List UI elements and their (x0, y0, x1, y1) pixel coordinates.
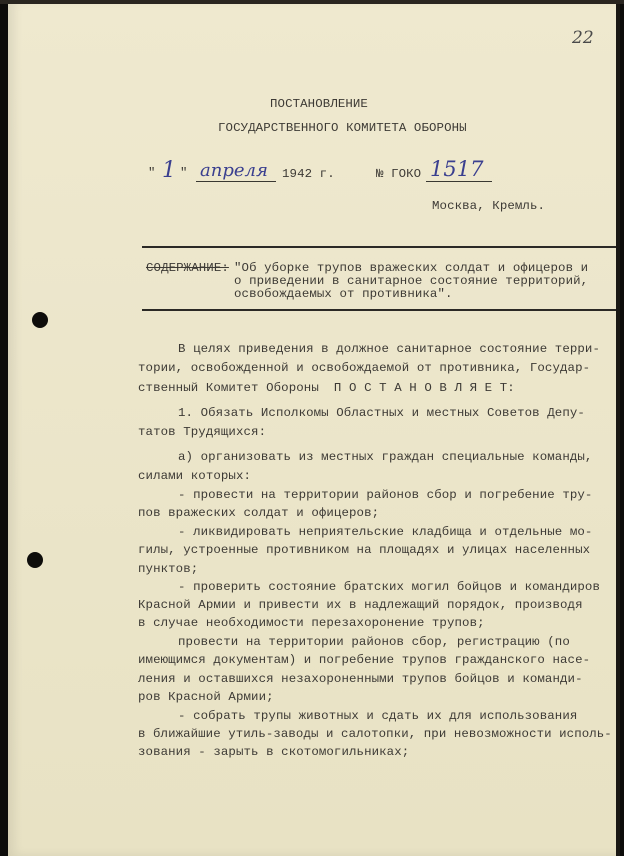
body-line: гилы, устроенные противником на площадях… (138, 543, 590, 557)
body-line: силами которых: (138, 469, 251, 483)
date-day: 1 (162, 158, 176, 183)
summary-top-rule (142, 246, 620, 248)
body-line: в случае необходимости перезахоронение т… (138, 616, 485, 630)
body-line: имеющимся документам) и погребение трупо… (138, 653, 590, 667)
body-line: татов Трудящихся: (138, 425, 266, 439)
date-year: 1942 г. (282, 167, 335, 181)
punch-hole (32, 312, 48, 328)
body-line: зования - зарыть в скотомогильниках; (138, 745, 409, 759)
summary-label: СОДЕРЖАНИЕ: (146, 261, 229, 275)
document-page: 22 ПОСТАНОВЛЕНИЕ ГОСУДАРСТВЕННОГО КОМИТЕ… (8, 0, 620, 856)
place-of-issue: Москва, Кремль. (432, 199, 545, 213)
body-line: - собрать трупы животных и сдать их для … (178, 709, 577, 723)
body-line: в ближайшие утиль-заводы и салотопки, пр… (138, 727, 612, 741)
body-line: ственный Комитет Обороны П О С Т А Н О В… (138, 381, 515, 395)
number-underline (426, 181, 492, 182)
summary-line: освобождаемых от противника". (234, 287, 453, 301)
decree-number: 1517 (430, 157, 483, 181)
summary-line: "Об уборке трупов вражеских солдат и офи… (234, 261, 588, 275)
body-line: тории, освобожденной и освобождаемой от … (138, 361, 590, 375)
body-line: В целях приведения в должное санитарное … (178, 342, 600, 356)
page-number: 22 (572, 28, 594, 48)
body-line: - проверить состояние братских могил бой… (178, 580, 600, 594)
date-quote-close: " (180, 166, 188, 180)
body-line: пов вражеских солдат и офицеров; (138, 506, 379, 520)
punch-hole (27, 552, 43, 568)
body-line: пунктов; (138, 562, 198, 576)
summary-bottom-rule (142, 309, 620, 311)
body-line: - ликвидировать неприятельские кладбища … (178, 525, 592, 539)
document-subtitle: ГОСУДАРСТВЕННОГО КОМИТЕТА ОБОРОНЫ (218, 121, 467, 135)
decree-number-label: № ГОКО (376, 167, 421, 181)
body-line: провести на территории районов сбор, рег… (178, 635, 570, 649)
date-quote-open: " (148, 166, 156, 180)
body-line: а) организовать из местных граждан специ… (178, 450, 592, 464)
body-line: ления и оставшихся незахороненными трупо… (138, 672, 583, 686)
summary-line: о приведении в санитарное состояние терр… (234, 274, 588, 288)
body-line: ров Красной Армии; (138, 690, 274, 704)
body-line: Красной Армии и привести их в надлежащий… (138, 598, 583, 612)
month-underline (196, 181, 276, 182)
scan-edge (616, 0, 620, 856)
scan-edge (0, 0, 624, 4)
date-month: апреля (200, 160, 268, 181)
document-title: ПОСТАНОВЛЕНИЕ (270, 97, 368, 111)
body-line: 1. Обязать Исполкомы Областных и местных… (178, 406, 585, 420)
body-line: - провести на территории районов сбор и … (178, 488, 592, 502)
